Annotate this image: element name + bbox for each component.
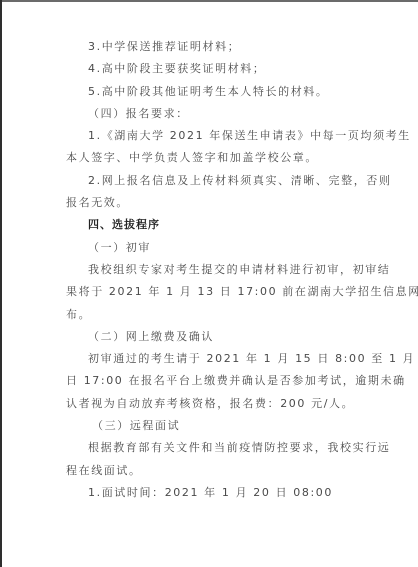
document-page: 3.中学保送推荐证明材料； 4.高中阶段主要获奖证明材料； 5.高中阶段其他证明… <box>66 36 366 504</box>
interview-time: 1.面试时间：2021 年 1 月 20 日 08:00 <box>66 482 366 504</box>
initial-review-paragraph-line-2: 果将于 2021 年 1 月 13 日 17:00 前在湖南大学招生信息网公 <box>66 281 366 303</box>
payment-paragraph-line-3: 认者视为自动放弃考核资格，报名费：200 元/人。 <box>66 393 366 415</box>
requirement-2-line-2: 报名无效。 <box>66 192 366 214</box>
list-item-5-talents: 5.高中阶段其他证明考生本人特长的材料。 <box>66 81 366 103</box>
subsection-title-initial-review: （一）初审 <box>66 237 366 259</box>
remote-interview-paragraph-line-1: 根据教育部有关文件和当前疫情防控要求，我校实行远 <box>66 437 366 459</box>
list-item-4-awards: 4.高中阶段主要获奖证明材料； <box>66 58 366 80</box>
requirement-1-line-2: 本人签字、中学负责人签字和加盖学校公章。 <box>66 147 366 169</box>
list-item-3-recommendation: 3.中学保送推荐证明材料； <box>66 36 366 58</box>
subsection-title-requirements: （四）报名要求： <box>66 103 366 125</box>
window-top-border <box>0 0 418 2</box>
section-heading-selection-procedure: 四、选拔程序 <box>66 214 366 236</box>
requirement-1-line-1: 1.《湖南大学 2021 年保送生申请表》中每一页均须考生 <box>66 125 366 147</box>
requirement-2-line-1: 2.网上报名信息及上传材料须真实、清晰、完整，否则 <box>66 170 366 192</box>
subsection-title-payment: （二）网上缴费及确认 <box>66 326 366 348</box>
payment-paragraph-line-1: 初审通过的考生请于 2021 年 1 月 15 日 8:00 至 1 月 18 <box>66 348 366 370</box>
initial-review-paragraph-line-1: 我校组织专家对考生提交的申请材料进行初审，初审结 <box>66 259 366 281</box>
subsection-title-remote-interview: （三）远程面试 <box>66 415 366 437</box>
window-left-border <box>0 0 2 567</box>
initial-review-paragraph-line-3: 布。 <box>66 304 366 326</box>
payment-paragraph-line-2: 日 17:00 在报名平台上缴费并确认是否参加考试，逾期未确 <box>66 370 366 392</box>
remote-interview-paragraph-line-2: 程在线面试。 <box>66 460 366 482</box>
